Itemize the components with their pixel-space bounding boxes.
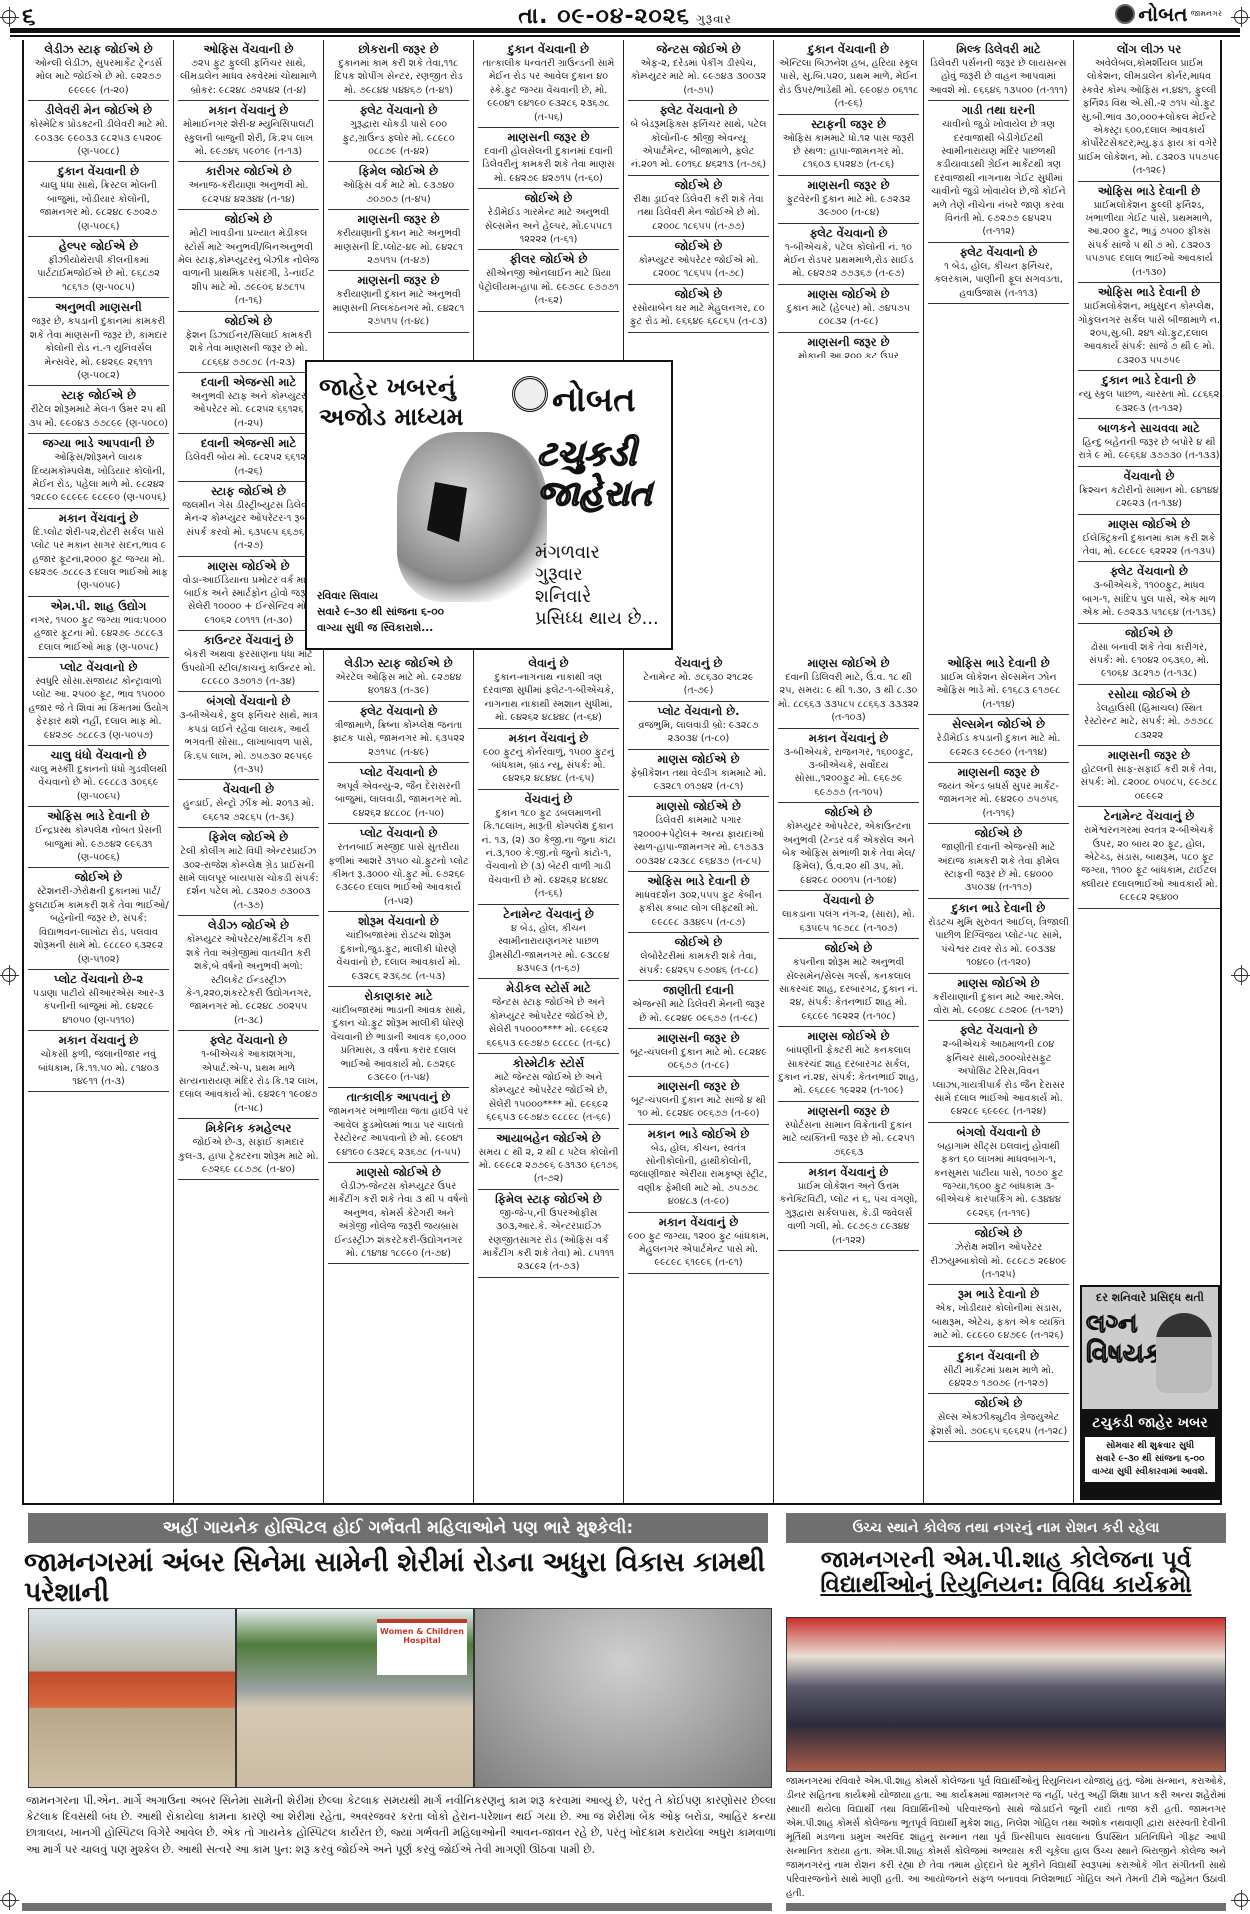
classified-ad: ફ્લેટ વેંચવાનો છેગુરૂદ્વારા ચોકડી પાસે ૯… [328, 101, 469, 162]
ad-title: બાળકને સાચવવા માટે [1078, 421, 1220, 436]
classified-ad: જોઈએ છેલેબોરેટરીમાં કામકરી શકે તેવા, સંપ… [628, 933, 769, 981]
classified-ad: દુકાન ભાડે દેવાની છેન્યુ સ્કુલ પાછળ, ચાર… [1078, 371, 1220, 419]
story-right-kicker: ઉચ્ચ સ્થાને કોલેજ તથા નગરનું નામ રોશન કર… [786, 1513, 1226, 1543]
column-lower: લેવાનું છેદુકાન-નાગનાથ નાકાથી ત્રણ દરવાજ… [478, 654, 619, 1278]
ad-body: રોડટચ મુમિ સુરુવત આઈલ્, ત્રિજાલી પાછીળ દ… [928, 916, 1069, 970]
classified-ad: લેડીઝ સ્ટાફ જોઈએ છેએરટેલ ઓફિસ માટે મો. ૯… [328, 654, 469, 702]
ad-body: ગુરૂદ્વારા ચોકડી પાસે ૯૦૦ ફુટ,ગ્રાઉન્ડ ફ… [328, 118, 469, 158]
story-left-kicker: અહીં ગાયનેક હોસ્પિટલ હોઈ ગર્ભવતી મહિલાઓન… [28, 1513, 768, 1543]
promo-big-title: ટચુકડી જાહેરાત [537, 434, 652, 514]
column-upper: ઓફિસ વેંચવાની છે૭૨૫ ફુટ ફુલ્લી ફર્નિચર સ… [178, 40, 319, 1180]
classified-column: દુકાન વેંચવાની છેતાત્કાલીક ધન્વંતરી ગ્રા… [474, 40, 624, 1503]
ad-title: સ્ટાફ જોઈએ છે [178, 484, 319, 499]
classified-ad: રસોયા જોઈએ છેડેલહાઉસી (હિમાચલ) સ્થિત રેસ… [1078, 685, 1220, 746]
ad-body: ૩-બીએચકે, રાજનગર, ૧૬૦૦ફુટ, ૩-બીએચકે, સર્… [778, 746, 919, 800]
ad-title: મકાન વેંચવાનું છે [778, 1165, 919, 1180]
registration-mark [2, 968, 16, 982]
ad-body: ફેશન ડિઝાઈનર/સિલાઈ કામકરી શકે તેવા માણસન… [178, 329, 319, 369]
classified-ad: મિકેનિક કમહેલ્પરજોઈએ છે-૩, સફાઈ કામદાર ક… [178, 1119, 319, 1180]
ad-title: દુકાન ભાડે દેવાની છે [928, 901, 1069, 916]
ad-body: એજન્સી માટે ડિલેવરી મેનની જરૂર છે મો. ૯૮… [628, 998, 769, 1025]
ad-body: ૭૨૫ ફુટ ફુલ્લી ફર્નિચર સાથે, લીમડાલેન મા… [178, 57, 319, 97]
ad-body: જી-જે-૫,ની ઉપરઓફીસ ૩૦૩,આર.કે. એન્ટરપ્રાઈ… [478, 1207, 619, 1274]
ad-body: ચાંદીબજારમાં ભાડાની આવક સાથે, દુકાન ચો.ફ… [328, 1004, 469, 1084]
classified-ad: ટેનામેન્ટ વેંચવાનું છે૪ બેડ, હોલ, કીચન સ… [478, 905, 619, 980]
ad-body: મોકાની આ.૨૦૦ ફુટ ઉપર (નેગોશિયેબલ) અવસર ર… [778, 350, 919, 358]
ad-title: જોઈએ છે [628, 287, 769, 302]
classified-ad: વેંચવાનું છેટેનામેન્ટ મો. ૭૮૬૩૦ ૨૧૮૨૯ (ત… [628, 654, 769, 702]
classified-ad: મકાન વેંચવાનું છે૯૦૦ ફુટનું કોર્નરવાળું,… [478, 729, 619, 790]
classified-ad: ફ્લેટ વેંચવાનો છેબે બેડરૂમફિક્સ ફર્નિચર … [628, 101, 769, 176]
ad-title: બંગલો વેંચવાનો છે [928, 1125, 1069, 1140]
street-photo-2: Women & Children Hospital [236, 1608, 474, 1788]
classified-column: લેડીઝ સ્ટાફ જોઈએ છેઓન્લી લેડીઝ, સુપરમાર્… [24, 40, 174, 1503]
classified-ad: સ્ટાફ જોઈએ છેજલમીન ગેસ ડીસ્ટ્રીબ્યુટસ ડિ… [178, 482, 319, 557]
ad-body: અવેલેબલ,કોમર્શીયલ પ્રાઈમ લોકેશન, લીમડાલે… [1078, 57, 1220, 178]
ad-title: મકાન વેંચવાનું છે [628, 1215, 769, 1230]
classified-ad: જોઈએ છેકોમ્પ્યુટર ઓપરેટર, એકાઉન્ટના અનુભ… [778, 803, 919, 891]
ad-body: જોઈએ છે-૩, સફાઈ કામદાર કુલ-૩, હાપા ટ્રેક… [178, 1136, 319, 1176]
ad-title: ટેનામેન્ટ વેંચવાનું છે [1078, 809, 1220, 824]
ad-title: માણસ જોઈએ છે [778, 1029, 919, 1044]
ad-body: મોમાઈનગર શેરી-૪ મ્યુનિસિપાલટી સ્કુલની બા… [178, 118, 319, 158]
ad-body: બહાગામ સીટ્સ ઇલવાનું હોવાથી ફક્ત ૬૦ લાખમ… [928, 1140, 1069, 1220]
ad-title: અનુભવી માણસની [28, 300, 169, 315]
ad-body: મોટી ખાવડીના પ્રખ્યાત મેડીકલ સ્ટોર્સ માટ… [178, 227, 319, 307]
ad-body: રીક્ષા ડ્રાઈવર ડિલેવરી કરી શકે તેવા તથા … [628, 193, 769, 233]
ad-body: અનાજ-કરીયાણા અનુભવી મો. ૯૮૨૫૪ ૪૨૩૪૪ (ત-૧… [178, 179, 319, 206]
ad-body: કંપનીના શોરૂમ માટે અનુભવી સેલ્સમેન/સેલ્સ… [778, 956, 919, 1023]
ad-body: ઓન્લી લેડીઝ, સુપરમાર્કેટ ટ્રેન્ડર્સ મોલ … [28, 57, 169, 97]
ad-title: વેંચવાની છે [178, 782, 319, 797]
classified-ad: માણસની જરૂર છેહોટલની સાફ-સફાઈ કરી શકે તે… [1078, 746, 1220, 807]
ad-title: ફિમેલ સ્ટાફ જોઈએ છે [478, 1192, 619, 1207]
street-photo-1 [28, 1608, 236, 1788]
ad-title: કારીગર જોઈએ છે [178, 164, 319, 179]
ad-body: ઈલેક્ટ્રિકની દુકાનમાં કામ કરી શકે તેવા, … [1078, 532, 1220, 559]
classified-ad: માણસ જોઈએ છેવોડા-આઈડિયાના પ્રમોટર વર્ક મ… [178, 557, 319, 632]
ad-body: સીટી માર્કેટમાં પ્રથમ માળે મો. ૯૪૨૨૭ ૧૭૦… [928, 1364, 1069, 1391]
ad-title: આયાબહેન જોઈએ છે [478, 1131, 619, 1146]
classified-ad: માણસ જોઈએ છેકરીયાણાની દુકાન માટે આર.એલ. … [928, 974, 1069, 1022]
classified-ad: ટેનામેન્ટ વેંચવાનું છેરામેશ્વરનગરમાં સ્વ… [1078, 807, 1220, 908]
ad-body: વોડા-આઈડિયાના પ્રમોટર વર્ક માટે, બાઈક અન… [178, 574, 319, 628]
ad-body: જામનગર ખંભાળીયા જતા હાઈવે પર આવેલ ફુડમોલ… [328, 1105, 469, 1159]
classified-ad: ગાડી તથા ઘરનીચાવીનો જુડો ખોવાયેલ છે ત્રણ… [928, 101, 1069, 243]
ad-body: ૪ બેડ, હોલ, કીચન સ્વામીનારાયણનગર પાછળ ડ્… [478, 922, 619, 976]
classified-ad: માણસની જરૂર છેમોકાની આ.૨૦૦ ફુટ ઉપર (નેગો… [778, 333, 919, 358]
classified-ad: જોઈએ છેજાણીતી દવાની એજન્સી માટે અંદાજ કા… [928, 824, 1069, 899]
classified-ad: સ્ટાફની જરૂર છેઓફિસ કામમાટે ધો.૧૨ પાસ જર… [778, 115, 919, 176]
ad-title: ફ્લેટ વેંચવાનો છે [178, 1033, 319, 1048]
ad-title: માણસો જોઈએ છે [328, 1165, 469, 1180]
classified-column: છોકરાની જરૂર છેદુકાનમાં કામ કરી શકે તેવા… [324, 40, 474, 1503]
ad-title: જોઈએ છે [28, 870, 169, 885]
bottom-rule [22, 1903, 772, 1911]
ad-title: બંગલો વેંચવાનો છે [178, 694, 319, 709]
ad-title: લેડીઝ સ્ટાફ જોઈએ છે [28, 42, 169, 57]
ad-body: ડિલેવરી બોય મો. ૯૮૨૫૨ ૬૬૧૨૬ (ત-૨૬) [178, 451, 319, 478]
classified-ad: મકાન વેંચવાનું છેમોમાઈનગર શેરી-૪ મ્યુનિસ… [178, 101, 319, 162]
ad-title: માણસ જોઈએ છે [778, 287, 919, 302]
column-lower: લેડીઝ સ્ટાફ જોઈએ છેએરટેલ ઓફિસ માટે મો. ૯… [328, 654, 469, 1264]
ad-body: જાણીતી દવાની એજન્સી માટે અંદાજ કામકરી શક… [928, 841, 1069, 895]
classified-ad: ઓફિસ ભાડે દેવાની છેપ્રાઈમ લોકેશન સેલ્સમે… [928, 654, 1069, 715]
ad-body: ચાલુ ધંધા સાથે, ક્રિસ્ટલ મોલની બાજુમાં, … [28, 179, 169, 233]
ad-title: જેન્ટસ જોઈએ છે [628, 42, 769, 57]
ad-title: ફ્લેટ વેંચવાનો છે [328, 103, 469, 118]
classified-ad: બંગલો વેંચવાનો છેબહાગામ સીટ્સ ઇલવાનું હો… [928, 1123, 1069, 1224]
ad-body: બૂટ-ચંપલની દુકાન માટે સાંજે ૪ થી ૧૦ મો. … [628, 1094, 769, 1121]
ad-body: સમય ૮ થી ૨, ૨ થી ૮ પટેલ કોલોની મો. ૯૯૯૮૨… [478, 1146, 619, 1186]
column-upper: મિલ્ક ડિલેવરી માટેડિલેવરી પર્સનની જરૂર છ… [928, 40, 1069, 358]
classified-ad: માણસો જોઈએ છેલેડીઝ-જેન્ટસ કોમ્પ્યુટર ઉપર… [328, 1163, 469, 1264]
ad-body: પ્રાઈમલોકેશન, મધુસુદન કોમ્પ્લેક્ષ, ગોકુલ… [1078, 300, 1220, 367]
classified-ad: રોકાણકાર માટેચાંદીબજારમાં ભાડાની આવક સાથ… [328, 987, 469, 1088]
ad-body: કરીયાણાની દુકાન માટે અનુભવી માણસની નિલકં… [328, 288, 469, 328]
classified-ad: જાણીતી દવાનીએજન્સી માટે ડિલેવરી મેનની જર… [628, 981, 769, 1029]
column-upper: દુકાન વેંચવાની છેતાત્કાલીક ધન્વંતરી ગ્રા… [478, 40, 619, 358]
ad-body: ૧ બેડ, હોલ, કીચન ફર્નિચર, કલરકામ, પાણીની… [928, 260, 1069, 300]
column-upper: લોંગ લીઝ પરઅવેલેબલ,કોમર્શીયલ પ્રાઈમ લોકે… [1078, 40, 1220, 909]
classifieds-section: લેડીઝ સ્ટાફ જોઈએ છેઓન્લી લેડીઝ, સુપરમાર્… [22, 40, 1222, 1505]
classified-ad: વેંચવાનો છેક્રિશ્ચન કટોરીનો સામાન મો. ૯૪… [1078, 467, 1220, 515]
classified-ad: લોંગ લીઝ પરઅવેલેબલ,કોમર્શીયલ પ્રાઈમ લોકે… [1078, 40, 1220, 182]
brand-emblem-icon [512, 376, 548, 412]
ad-body: ન્યુ સ્કુલ પાછળ, ચારસ્તા મો. ૮૮૬૬૨ ૯૩૨૯૩… [1078, 388, 1220, 415]
ad-body: અનુભવી સ્ટાફ અને કોમ્પ્યુટર ઓપરેટર મો. ૯… [178, 390, 319, 430]
ad-title: વેંચવાનો છે [778, 893, 919, 908]
classified-ad: પ્લોટ વેંચવાનો છે.વ્રજભુમિ, લાલવાડી બ્રો… [628, 702, 769, 750]
classified-column: લોંગ લીઝ પરઅવેલેબલ,કોમર્શીયલ પ્રાઈમ લોકે… [1074, 40, 1224, 1503]
classified-ad: ઓફિસ ભાડે દેવાની છેપ્રાઈમલોકેશન ફુલ્લી ફ… [1078, 182, 1220, 283]
classified-ad: જોઈએ છેઢોસા બનાવી શકે તેવા કારીગર, સંપર્… [1078, 624, 1220, 685]
ad-body: સેલ્સ એક્ઝીક્યુટીવ ગ્રેજયુએટ ફ્રેશર્સ મો… [928, 1411, 1069, 1438]
classified-ad: લેડીઝ સ્ટાફ જોઈએ છેઓન્લી લેડીઝ, સુપરમાર્… [28, 40, 169, 101]
ad-title: સ્ટાફની જરૂર છે [778, 117, 919, 132]
ad-title: જોઈએ છે [478, 191, 619, 206]
promo-box-tachukdi-jaherat: જાહેર ખબરનું અજોડ માધ્યમ નોબત ટચુકડી જાહ… [305, 360, 673, 650]
ad-title: જોઈએ છે [178, 212, 319, 227]
ad-body: હિન્દુ બહેનની જરૂર છે બપોરે ૪ થી રાત્રે … [1078, 436, 1220, 463]
classified-ad: દવાની એજન્સી માટેડિલેવરી બોય મો. ૯૮૨૫૨ ૬… [178, 434, 319, 482]
ad-body: સીએનજી ઓનલાઈન માટે પ્રિયા પેટ્રોલીયમ-હાપ… [478, 267, 619, 307]
classified-ad: વેંચવાનો છેલાકડાના પલંગ નંગ-૨, (સારા), મ… [778, 891, 919, 939]
ad-body: દિ.પ્લોટ શેરી-૫૨,રોટરી સર્કલ પાસે પ્લોટ … [28, 526, 169, 593]
classified-ad: ઓફિસ ભાડે દેવાની છેમાધવદર્શન ૩૦૨,૫૫૫ ફુટ… [628, 872, 769, 933]
ad-title: ફ્લેટ વેંચવાનો છે [928, 1023, 1069, 1038]
ad-title: માણસની જરૂર છે [778, 335, 919, 350]
ad-body: અપૂર્વ એવન્યુ-૨, જૈન દેરાસરની બાજુમાં, લ… [328, 780, 469, 820]
ad-body: ફીઝીયોથેરાપી કીલનીકમાં પાર્ટટાઈમજોઈએ છે … [28, 254, 169, 294]
ad-body: ચોકસી ફળી, જલાનીજાર નવું બાંધકામ, કિ.૧૧.… [28, 1048, 169, 1088]
classified-column: મિલ્ક ડિલેવરી માટેડિલેવરી પર્સનની જરૂર છ… [924, 40, 1074, 1503]
ad-title: જોઈએ છે [628, 935, 769, 950]
ad-title: માણસની જરૂર છે [328, 273, 469, 288]
classified-ad: વેંચવાનું છેદુકાન ૧૮૦ ફુટ ડબલમાળની કિ.૧૮… [478, 790, 619, 905]
ad-title: હેલ્પર જોઈએ છે [28, 239, 169, 254]
ad-body: કોમ્પ્યુટર ઓપરેટર/માર્કેટીંગ કરી શકે તેવ… [178, 933, 319, 1027]
ad-body: ટેલી કોલીંગ માટે વિધી એન્ટરપ્રાઈઝ ૩૦૨-રા… [178, 845, 319, 912]
classified-ad: મકાન ભાડે જોઈએ છેબેડ, હોલ, કીચન, સ્વતંત્… [628, 1125, 769, 1213]
ad-body: એક, ખોડીયાર કોલોનીમાં સંડાસ, બાથરૂમ, એટે… [928, 1302, 1069, 1342]
classified-ad: વેંચવાની છેહુન્ડાઈ, સેન્ટ્રો ઝીંક મો. ૨૦… [178, 780, 319, 828]
ad-title: ઓફિસ વેંચવાની છે [178, 42, 319, 57]
classified-ad: માણસની જરૂર છેજયંત એન્ડ બ્રધર્સ સુપર માર… [928, 763, 1069, 824]
ad-title: માણસો જોઈએ છે [628, 799, 769, 814]
ad-body: સ્ટેશનરી-ઝેરોક્ષની દુકાનમાં પાર્ટ/ફુલટાઈ… [28, 885, 169, 965]
ad-title: લેડીઝ જોઈએ છે [178, 918, 319, 933]
classified-ad: દુકાન વેંચવાની છેચાલુ ધંધા સાથે, ક્રિસ્ટ… [28, 162, 169, 237]
ad-body: ઢોસા બનાવી શકે તેવા કારીગર, સંપર્ક: મો. … [1078, 641, 1220, 681]
classified-ad: માણસ જોઈએ છેઈલેક્ટ્રિકની દુકાનમાં કામ કર… [1078, 515, 1220, 563]
registration-mark [1234, 1893, 1248, 1907]
classified-ad: ફીલર જોઈએ છેસીએનજી ઓનલાઈન માટે પ્રિયા પે… [478, 250, 619, 311]
ad-title: માણસ જોઈએ છે [178, 559, 319, 574]
ad-title: પ્લોટ વેંચવાનો છે [328, 765, 469, 780]
column-upper: લેડીઝ સ્ટાફ જોઈએ છેઓન્લી લેડીઝ, સુપરમાર્… [28, 40, 169, 1092]
classified-ad: શોરૂમ વેંચવાનો છેચાંદીબજારમાં રોડટચ શોરૂ… [328, 912, 469, 987]
ad-title: ફિમેલ જોઈએ છે [328, 164, 469, 179]
hospital-sign: Women & Children Hospital [377, 1619, 467, 1675]
classified-ad: ફ્લેટ વેંચવાનો છે૧-બીએચકે, પટેલ કોલોની ન… [778, 224, 919, 285]
ad-title: ફ્લેટ વેંચવાનો છે [328, 704, 469, 719]
bottom-rule [786, 1903, 1226, 1911]
ad-title: માણસની જરૂર છે [778, 1104, 919, 1119]
classified-column: દુકાન વેંચવાની છેએન્ટિલા બિઝનેશ હબ, હરિય… [774, 40, 924, 1503]
ad-title: જોઈએ છે [628, 239, 769, 254]
ad-title: ઓફિસ ભાડે દેવાની છે [1078, 184, 1220, 199]
classified-ad: માણસ જોઈએ છેદુકાન માટે (હેલ્પર) મો. ૭૪૫૭… [778, 285, 919, 333]
ad-title: જગ્યા ભાડે આપવાની છે [28, 436, 169, 451]
ad-title: દુકાન વેંચવાની છે [928, 1349, 1069, 1364]
ad-body: જરૂર છે, કપડાની દુકાનમાં કામકરી શકે તેવા… [28, 315, 169, 382]
ad-title: ફ્લેટ વેંચવાનો છે [928, 245, 1069, 260]
ad-body: સ્વધુરિ સોસા.સજાયટ કોન્ટ્રાવાળો પ્લોટ આ.… [28, 675, 169, 742]
ad-title: જોઈએ છે [178, 314, 319, 329]
classified-ad: ફિમેલ જોઈએ છેઓફિસ વર્ક માટે મો. ૯૩૭૪૦ ૭૦… [328, 162, 469, 210]
ad-title: મેડીકલ સ્ટોર્સ માટે [478, 981, 619, 996]
logo-city: જામનગર [1191, 9, 1222, 19]
ad-title: ફિમેલ જોઈએ છે [178, 830, 319, 845]
classified-ad: સ્ટાફ જોઈએ છેરીટેલ શોરૂમમાટે મેલ-૧ ઉંમર … [28, 386, 169, 434]
classified-ad: ઓફિસ વેંચવાની છે૭૨૫ ફુટ ફુલ્લી ફર્નિચર સ… [178, 40, 319, 101]
ad-body: પ્રાઈમલોકેશન ફુલ્લી ફર્નિશ્ડ, ખંભાળીયા ગ… [1078, 199, 1220, 279]
classified-ad: માણસની જરૂર છેફુટવેરની દુકાન માટે મો. ૯૭… [778, 176, 919, 224]
ad-body: રસોયાબેન ઘર માટે મેહુલનગર, ૮૦ ફુટ રોડ મો… [628, 302, 769, 329]
classified-ad: જોઈએ છેરેડીમેઈડ ગારમેન્ટ માટે અનુભવી સેલ… [478, 189, 619, 250]
ad-body: ૨-બીએચકે આઠમાળની ૮૦૪ ફર્નિચર સાથે,૭૦૦ચોર… [928, 1038, 1069, 1118]
story-right-headline: જામનગરની એમ.પી.શાહ કોલેજના પૂર્વ વિદ્યાર… [786, 1548, 1226, 1599]
classified-ad: મકાન વેંચવાનું છેદિ.પ્લોટ શેરી-૫૨,રોટરી … [28, 509, 169, 597]
classified-ad: બાળકને સાચવવા માટેહિન્દુ બહેનની જરૂર છે … [1078, 419, 1220, 467]
column-upper: છોકરાની જરૂર છેદુકાનમાં કામ કરી શકે તેવા… [328, 40, 469, 358]
classified-ad: તાત્કાલીક આપવાનું છેજામનગર ખંભાળીયા જતા … [328, 1088, 469, 1163]
ad-body: લેડીઝ-જેન્ટસ કોમ્પ્યુટર ઉપર માર્કેટીંગ ક… [328, 1180, 469, 1260]
ad-title: લેડીઝ સ્ટાફ જોઈએ છે [328, 656, 469, 671]
classified-ad: દુકાન વેંચવાની છેતાત્કાલીક ધન્વંતરી ગ્રા… [478, 40, 619, 128]
classified-ad: ફ્લેટ વેંચવાનો છે૩-બીએચકે, ૧૧૦૦ફુટ, માધવ… [1078, 562, 1220, 623]
broken-road-photo [474, 1608, 772, 1788]
classified-ad: જગ્યા ભાડે આપવાની છેઓફિસ/શોરૂમને લાયક દિ… [28, 434, 169, 509]
ad-title: કાઉન્ટર વેંચવાનું છે [178, 633, 319, 648]
classified-ad: જોઈએ છેરસોયાબેન ઘર માટે મેહુલનગર, ૮૦ ફુટ… [628, 285, 769, 333]
ad-body: એન્ટિલા બિઝનેશ હબ, હરિયા સ્કૂલ પાસે, સુ.… [778, 57, 919, 111]
thumbs-up-image [397, 432, 547, 602]
classified-ad: જોઈએ છેમોટી ખાવડીના પ્રખ્યાત મેડીકલ સ્ટો… [178, 210, 319, 311]
ad-body: પ્રાઈમ લોકેશન સેલ્સમેન ઝોન ઓફિસ ભાડે મો.… [928, 671, 1069, 711]
ad-title: જોઈએ છે [778, 941, 919, 956]
ad-body: ૩-બીએચકે, ફુલ ફર્નિચર સાથે, માત્ર કપડાં … [178, 709, 319, 776]
classified-ad: મકાન વેંચવાનું છે૯૦૦ ફુટ જગ્યા, ૧૨૦૦ ફુટ… [628, 1213, 769, 1274]
wedding-couple-image [1156, 1313, 1212, 1393]
ad-body: ડિલેવરી પર્સનની જરૂર છે લાયસન્સ હોવું જર… [928, 57, 1069, 97]
classified-ad: જોઈએ છેસ્ટેશનરી-ઝેરોક્ષની દુકાનમાં પાર્ટ… [28, 868, 169, 969]
ad-body: ૩-બીએચકે, ૧૧૦૦ફુટ, માધવ બાગ-૧, સાંદિપ પુ… [1078, 579, 1220, 619]
ad-body: એફ-૨, દરેડમાં પેકીંગ ડીસ્પેચ, કોમ્પ્યુટર… [628, 57, 769, 97]
ad-title: દુકાન ભાડે દેવાની છે [1078, 373, 1220, 388]
classified-ad: ડીલેવરી મેન જોઈએ છેકોસ્મેટિક પ્રોડક્ટની … [28, 101, 169, 162]
ad-body: લેબોરેટરીમાં કામકરી શકે તેવા, સંપર્ક: ૯૪… [628, 950, 769, 977]
classified-ad: જોઈએ છેરીક્ષા ડ્રાઈવર ડિલેવરી કરી શકે તે… [628, 176, 769, 237]
ad-title: પ્લોટ વેંચવાનો છે [328, 826, 469, 841]
ad-body: ક્રિશ્ચન કટોરીનો સામાન મો. ૯૪૧૪૪ ૮૨૯૨૩ (… [1078, 484, 1220, 511]
story-left-body: જામનગરના પી.એન. માર્ગે અગાઉના અંબર સિનેમ… [26, 1793, 776, 1858]
ad-body: માટે જેન્ટસ જોઈએ છે અને કોમ્પ્યુટર ઓપરેટ… [478, 1071, 619, 1125]
date-text: તા. ૦૯-૦૪-૨૦૨૬ [518, 4, 690, 29]
ad-body: પ્રાઈમ લોકેશન અને ઉત્તમ કનેક્ટિવિટી, પ્લ… [778, 1180, 919, 1247]
ad-body: ઈન્દ્રપ્રસ્થ કોમ્પલેક્ષ નોબત પ્રેસની બાજ… [28, 824, 169, 864]
ad-title: મિલ્ક ડિલેવરી માટે [928, 42, 1069, 57]
promo-brand: નોબત [552, 380, 636, 420]
ad-title: ચાલુ ધંધો વેંચવાનો છે [28, 748, 169, 763]
ad-title: ઓફિસ ભાડે દેવાની છે [628, 874, 769, 889]
column-upper: દુકાન વેંચવાની છેએન્ટિલા બિઝનેશ હબ, હરિય… [778, 40, 919, 358]
ad-title: તાત્કાલીક આપવાનું છે [328, 1090, 469, 1105]
classified-ad: લેવાનું છેદુકાન-નાગનાથ નાકાથી ત્રણ દરવાજ… [478, 654, 619, 729]
ad-title: જોઈએ છે [928, 826, 1069, 841]
ad-body: ૧-બીએચકે, પટેલ કોલોની નં. ૧૦ મેઈન રોડપર … [778, 241, 919, 281]
ad-body: ડેલહાઉસી (હિમાચલ) સ્થિત રેસ્ટોરન્ટ માટે,… [1078, 702, 1220, 742]
classified-ad: જોઈએ છેસેલ્સ એક્ઝીક્યુટીવ ગ્રેજયુએટ ફ્રે… [928, 1394, 1069, 1442]
ad-title: ઓફિસ ભાડે દેવાની છે [28, 809, 169, 824]
classified-ad: દુકાન વેંચવાની છેસીટી માર્કેટમાં પ્રથમ મ… [928, 1347, 1069, 1395]
ad-title: પ્લોટ વેંચવાનો છે. [628, 704, 769, 719]
ad-body: દુકાન ૧૮૦ ફુટ ડબલમાળની કિ.૧૮લાખ, મારૂતી … [478, 807, 619, 901]
registration-mark [2, 1893, 16, 1907]
ad-title: લેવાનું છે [478, 656, 619, 671]
ad-body: જલમીન ગેસ ડીસ્ટ્રીબ્યુટસ ડિલેવરી મેન-૨ ક… [178, 499, 319, 553]
classified-ad: ફિમેલ જોઈએ છેટેલી કોલીંગ માટે વિધી એન્ટર… [178, 828, 319, 916]
ad-title: મકાન વેંચવાનું છે [178, 103, 319, 118]
ad-body: જયંત એન્ડ બ્રધર્સ સુપર માર્કેટ-જામનગર મો… [928, 780, 1069, 820]
classified-ad: બંગલો વેંચવાનો છે૩-બીએચકે, ફુલ ફર્નિચર સ… [178, 692, 319, 780]
ad-body: તાત્કાલીક ધન્વંતરી ગ્રાઉન્ડની સામે મેઈન … [478, 57, 619, 124]
ad-body: કરીયાણાની દુકાન માટે અનુભવી માણસની દિ.પ્… [328, 227, 469, 267]
classified-ad: ફ્લેટ વેંચવાનો છેત્રીજામાળે, ક્રિષ્ના કો… [328, 702, 469, 763]
ad-body: ચાવીનો જુડો ખોવાયેલ છે ત્રણ દરવાજાથી બેડ… [928, 118, 1069, 239]
ad-title: જોઈએ છે [1078, 626, 1220, 641]
registration-mark [1234, 968, 1248, 982]
ad-body: સ્પોર્ટસના સામાન વિક્રેતાની દુકાન માટે વ… [778, 1119, 919, 1159]
classified-ad: માણસો જોઈએ છેડિલેવરી કામમાટે પગાર ૧૨૦૦૦+… [628, 797, 769, 872]
classified-ad: મિલ્ક ડિલેવરી માટેડિલેવરી પર્સનની જરૂર છ… [928, 40, 1069, 101]
classified-ad: પ્લોટ વેંચવાનો છે-૨પડાણા પાટીયે સીઆરએસ આ… [28, 970, 169, 1031]
classified-ad: ફ્લેટ વેંચવાનો છે૨-બીએચકે આઠમાળની ૮૦૪ ફર… [928, 1021, 1069, 1122]
classified-column: જેન્ટસ જોઈએ છેએફ-૨, દરેડમાં પેકીંગ ડીસ્પ… [624, 40, 774, 1503]
lagna-vishayak-ad: દર શનિવારે પ્રસિદ્ધ થતી લગ્ન વિષયક ટચુકડ… [1080, 1285, 1220, 1500]
ad-title: માણસ જોઈએ છે [1078, 517, 1220, 532]
ad-body: બૂટ-ચંપલની દુકાન માટે મો. ૯૮૨૪૯ ૦૯૬૭૭ (ત… [628, 1046, 769, 1073]
ad-body: હોટલની સાફ-સફાઈ કરી શકે તેવા, સંપર્ક: મો… [1078, 763, 1220, 803]
ad-title: રૂમ ભાડે દેવાનો છે [928, 1287, 1069, 1302]
ad-title: જોઈએ છે [628, 178, 769, 193]
ad-title: દુકાન વેંચવાની છે [28, 164, 169, 179]
ad-title: ફ્લેટ વેંચવાનો છે [778, 226, 919, 241]
promo-note: રવિવાર સિવાય સવારે ૯-૩૦ થી સાંજના ૬-૦૦ વ… [317, 588, 444, 636]
classified-ad: દુકાન વેંચવાની છેએન્ટિલા બિઝનેશ હબ, હરિય… [778, 40, 919, 115]
classified-column: ઓફિસ વેંચવાની છે૭૨૫ ફુટ ફુલ્લી ફર્નિચર સ… [174, 40, 324, 1503]
ad-body: ત્રીજામાળે, ક્રિષ્ના કોમ્પ્લેક્ષ જનતા ફા… [328, 719, 469, 759]
classified-ad: ફિમેલ સ્ટાફ જોઈએ છેજી-જે-૫,ની ઉપરઓફીસ ૩૦… [478, 1190, 619, 1278]
ad-title: જાણીતી દવાની [628, 983, 769, 998]
ad-body: રામેશ્વરનગરમાં સ્વતંત્ર ૨-બીએચકે ઉપર, ૨૦… [1078, 824, 1220, 904]
ad-title: એમ.પી. શાહ ઉદ્યોગ [28, 599, 169, 614]
ad-body: રીટેલ શોરૂમમાટે મેલ-૧ ઉંમર ૨૫ થી ૩૫ મોં.… [28, 403, 169, 430]
ad-title: માણસની જરૂર છે [478, 130, 619, 145]
story-left-headline: જામનગરમાં અંબર સિનેમા સામેની શેરીમાં રોડ… [24, 1548, 774, 1607]
reunion-group-photo [786, 1617, 1226, 1772]
ad-body: ઓફિસ કામમાટે ધો.૧૨ પાસ જરૂરી છે સ્થળ: હા… [778, 132, 919, 172]
ad-title: દવાની એજન્સી માટે [178, 436, 319, 451]
classified-ad: જોઈએ છેકોમ્પ્યુટર ઓપરેટર જોઈએ મો. ૮૨૦૦૮ … [628, 237, 769, 285]
classified-ad: માણસ જોઈએ છેદવાની ડિલિવરી માટે, ઉં.વ. ૧૮… [778, 654, 919, 729]
ad-body: લાકડાના પલંગ નંગ-૨, (સારા), મો. ૬૩૫૯૫ ૧૯… [778, 908, 919, 935]
classified-ad: માણસ જોઈએ છેબાંધણીની ફેક્ટરી માટે કનકલાલ… [778, 1027, 919, 1102]
ad-title: જોઈએ છે [778, 805, 919, 820]
classified-ad: મકાન વેંચવાનું છે૩-બીએચકે, રાજનગર, ૧૬૦૦ફ… [778, 729, 919, 804]
ad-body: રેડીમેઈડ કપડાની દુકાન માટે મો. ૯૯૨૯૩ ૯૯૭… [928, 732, 1069, 759]
classified-ad: ચાલુ ધંધો વેંચવાનો છેચાલુ મસ્કીી દુકાનનો… [28, 746, 169, 807]
ad-body: ચાલુ મસ્કીી દુકાનનો ધંધો ગુડવીલથી વેંચવા… [28, 763, 169, 803]
ad-title: ટેનામેન્ટ વેંચવાનું છે [478, 907, 619, 922]
ad-body: કોમ્પ્યુટર ઓપરેટર જોઈએ મો. ૮૨૦૦૮ ૧૮૬૫૫ (… [628, 254, 769, 281]
classified-ad: પ્લોટ વેંચવાનો છેરતનબાઈ મસ્જીદ પાસે સુતર… [328, 824, 469, 912]
column-lower: ઓફિસ ભાડે દેવાની છેપ્રાઈમ લોકેશન સેલ્સમે… [928, 654, 1069, 1442]
ad-title: જોઈએ છે [928, 1396, 1069, 1411]
ad-title: ડીલેવરી મેન જોઈએ છે [28, 103, 169, 118]
classified-ad: ઓફિસ ભાડે દેવાની છેઈન્દ્રપ્રસ્થ કોમ્પલેક… [28, 807, 169, 868]
column-lower: માણસ જોઈએ છેદવાની ડિલિવરી માટે, ઉં.વ. ૧૮… [778, 654, 919, 1251]
column-upper: જેન્ટસ જોઈએ છેએફ-૨, દરેડમાં પેકીંગ ડીસ્પ… [628, 40, 769, 358]
classified-ad: દવાની એજન્સી માટેઅનુભવી સ્ટાફ અને કોમ્પ્… [178, 373, 319, 434]
ad-title: માણસની જરૂર છે [928, 765, 1069, 780]
ad-body: બેડ, હોલ, કીચન, સ્વતંત્ર સોનીકોલોની, હાથ… [628, 1142, 769, 1209]
ad-body: દવાની ડિલિવરી માટે, ઉં.વ. ૧૮ થી ૨૫, સમય:… [778, 671, 919, 725]
ad-title: રોકાણકાર માટે [328, 989, 469, 1004]
ad-title: વેંચવાનું છે [478, 792, 619, 807]
weekday: ગુરૂવાર [696, 12, 732, 26]
ad-title: ઓફિસ ભાડે દેવાની છે [928, 656, 1069, 671]
ad-body: ૧-બીએચકે આકાશગંગા, એપાર્ટ.એ-૫, પ્રથમ માળ… [178, 1048, 319, 1115]
classified-ad: માણસની જરૂર છેબૂટ-ચંપલની દુકાન માટે મો. … [628, 1029, 769, 1077]
ad-title: માણસની જરૂર છે [328, 212, 469, 227]
ad-title: સ્ટાફ જોઈએ છે [28, 388, 169, 403]
ad-title: માણસ જોઈએ છે [778, 656, 919, 671]
classified-ad: જોઈએ છેફેશન ડિઝાઈનર/સિલાઈ કામકરી શકે તેવ… [178, 312, 319, 373]
ad-title: મિકેનિક કમહેલ્પર [178, 1121, 319, 1136]
classified-ad: જેન્ટસ જોઈએ છેએફ-૨, દરેડમાં પેકીંગ ડીસ્પ… [628, 40, 769, 101]
